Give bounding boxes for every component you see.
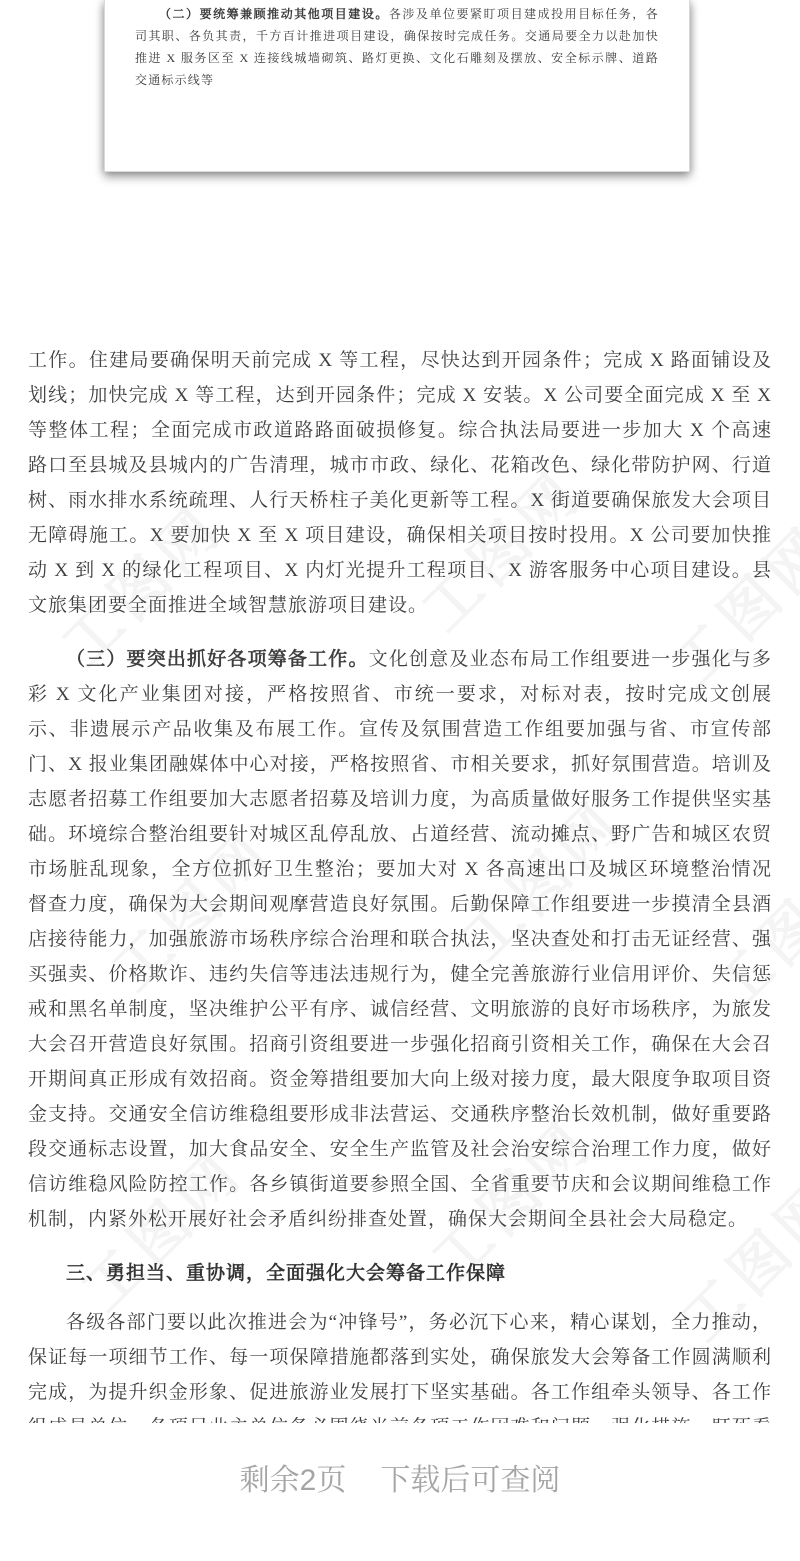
remaining-pages-notice[interactable]: 剩余2页 下载后可查阅 bbox=[0, 1455, 800, 1499]
paragraph-closing: 各级各部门要以此次推进会为“冲锋号”，务必沉下心来，精心谋划，全力推动，保证每一… bbox=[28, 1305, 772, 1423]
section-heading-three: 三、勇担当、重协调，全面强化大会筹备工作保障 bbox=[28, 1256, 772, 1291]
preview-card-paragraph: （二）要统筹兼顾推动其他项目建设。各涉及单位要紧盯项目建成投用目标任务，各司其职… bbox=[135, 3, 659, 91]
page-preview-card: （二）要统筹兼顾推动其他项目建设。各涉及单位要紧盯项目建成投用目标任务，各司其职… bbox=[104, 0, 690, 172]
paragraph-section-three-prep: （三）要突出抓好各项筹备工作。文化创意及业态布局工作组要进一步强化与多彩 X 文… bbox=[28, 642, 772, 1237]
paragraph-section-three-lead: （三）要突出抓好各项筹备工作。 bbox=[66, 649, 369, 670]
document-text-body: 工作。住建局要确保明天前完成 X 等工程，尽快达到开园条件；完成 X 路面铺设及… bbox=[28, 343, 772, 1423]
paragraph-continuation: 工作。住建局要确保明天前完成 X 等工程，尽快达到开园条件；完成 X 路面铺设及… bbox=[28, 343, 772, 623]
download-to-view-hint[interactable]: 下载后可查阅 bbox=[380, 1455, 560, 1499]
paragraph-section-three-text: 文化创意及业态布局工作组要进一步强化与多彩 X 文化产业集团对接，严格按照省、市… bbox=[28, 649, 772, 1230]
preview-card-paragraph-lead: （二）要统筹兼顾推动其他项目建设。 bbox=[159, 7, 389, 21]
remaining-pages-count: 剩余2页 bbox=[240, 1455, 347, 1499]
